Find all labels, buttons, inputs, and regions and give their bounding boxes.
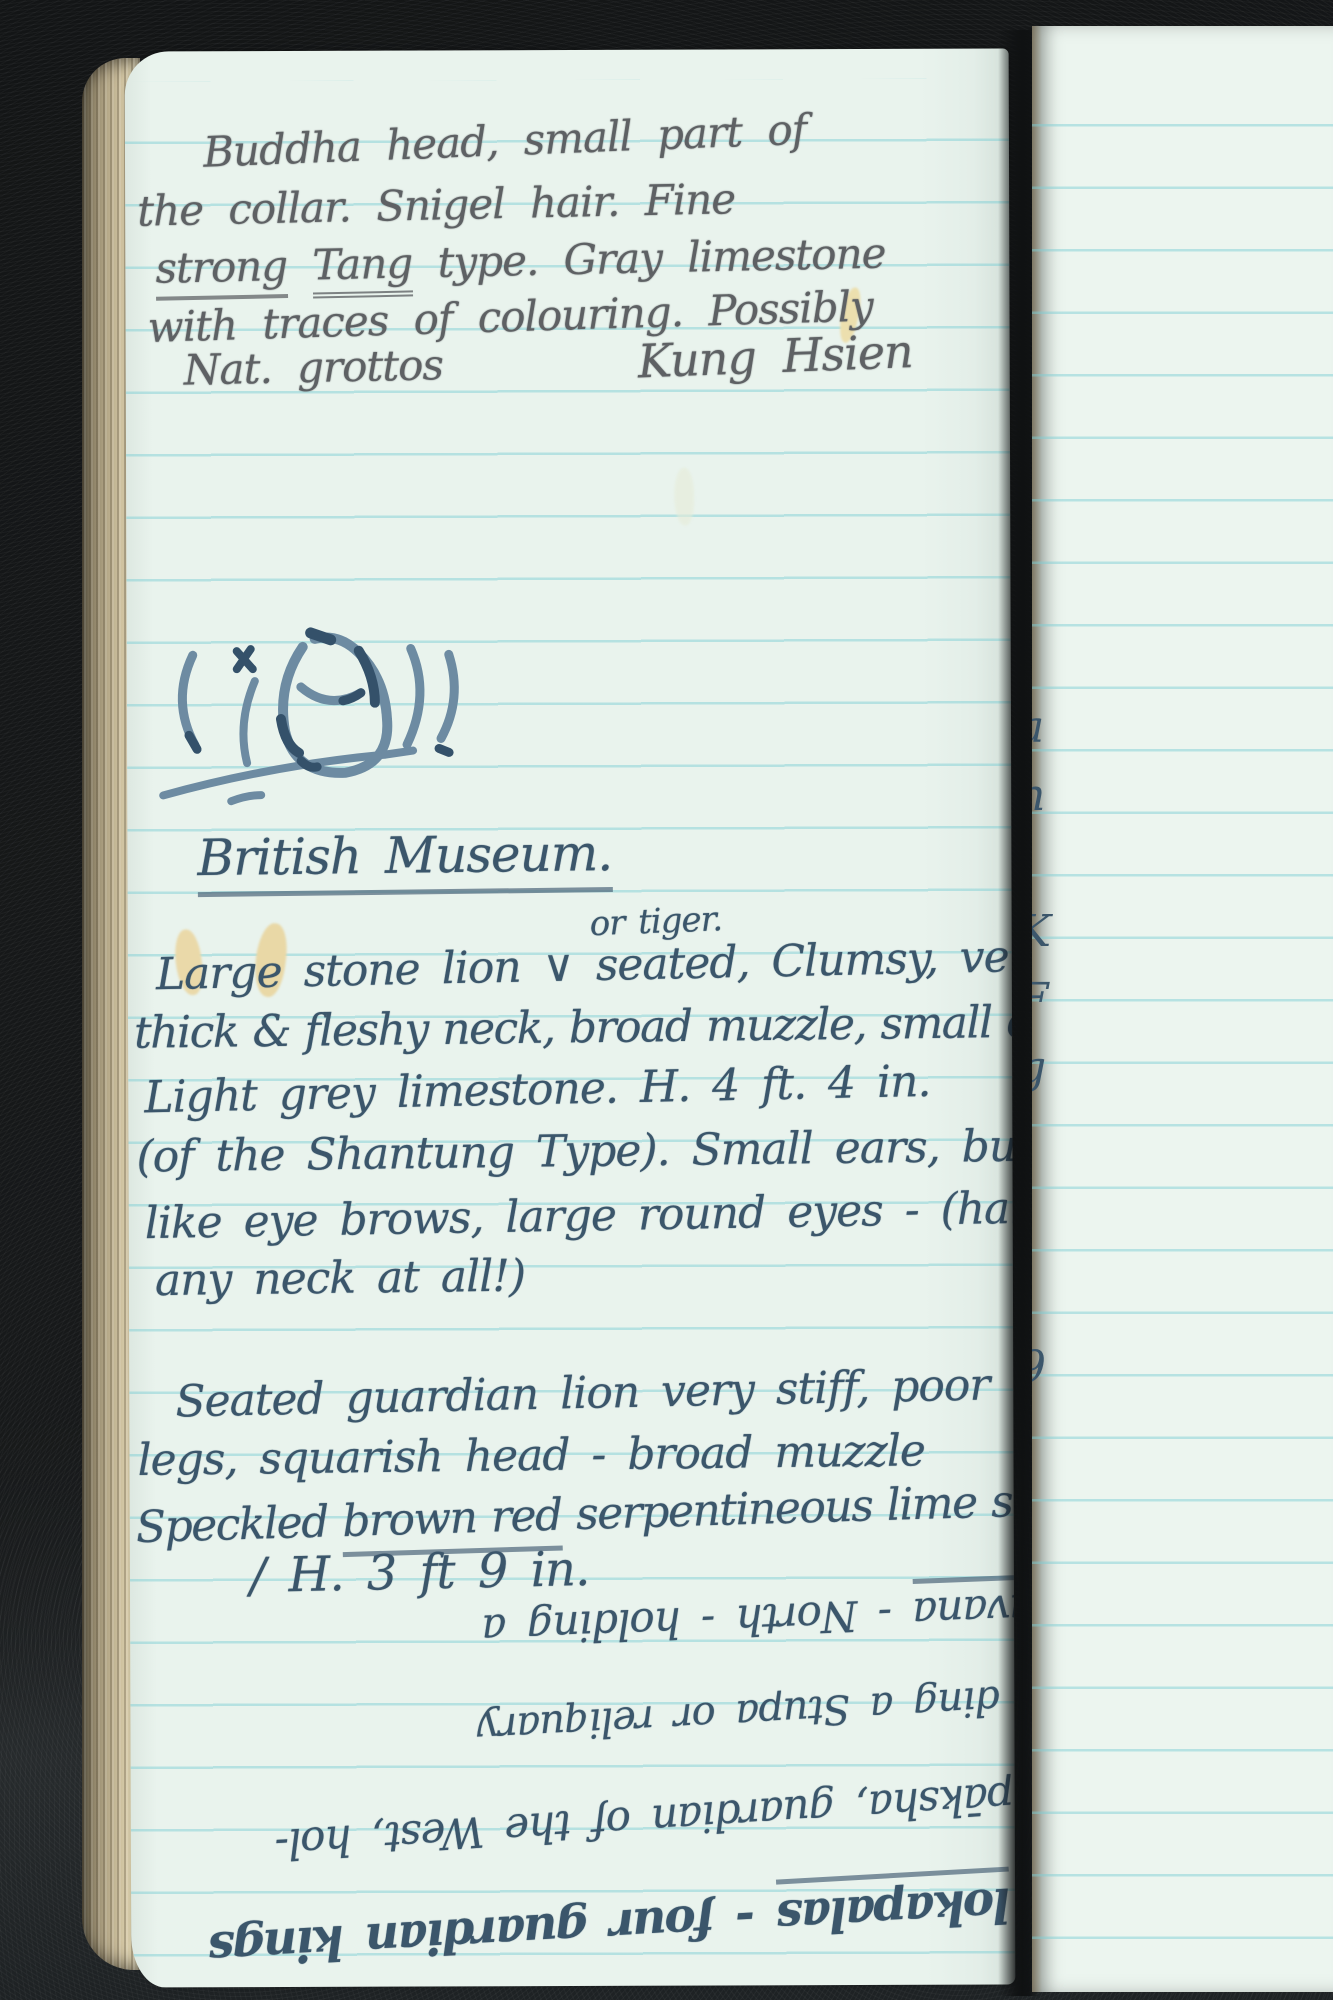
ink-line: thick & fleshy neck, broad muzzle, small… [134,996,1016,1059]
pencil-line-rest: type. Gray limestone [437,229,886,287]
ruled-lines [1032,64,1333,1992]
pencil-line: the collar. Snigel hair. Fine [137,174,736,236]
ink-line: like eye brows, large round eyes - (hard… [144,1182,1015,1250]
cutoff-writing: g [1032,1042,1046,1093]
words: - four guardian kings [209,1891,757,1976]
ink-line: legs, squarish head - broad muzzle [137,1425,925,1486]
section-heading: British Museum. [197,824,612,887]
pencil-line: strong Tang type. Gray limestone [155,229,886,293]
height-note: / H. 3 ft 9 in. [249,1541,589,1604]
pencil-line: Buddha head, small part of [202,105,807,177]
ink-line: any neck at all!) [155,1251,526,1307]
underlined-heading: British Museum. [197,824,612,897]
pencil-line: Kung Hsien [637,324,914,389]
upside-down-note: The lokapalas - four guardian kings Virū… [246,1596,1015,1951]
cutoff-writing: F [1032,974,1049,1025]
inverted-line: ding a Stupa or reliquary [246,1677,1001,1765]
underlined-word: strong [155,241,288,301]
cutoff-writing: 9 [1032,1342,1046,1393]
notebook-page: Buddha head, small part of the collar. S… [125,48,1016,1987]
ink-line: Seated guardian lion very stiff, poor [175,1359,990,1427]
buddha-head-doodle [153,622,484,818]
underlined-word: lokapalas [776,1867,1012,1945]
pencil-line: Nat. grottos [183,340,443,394]
cutoff-writing: K [1032,906,1051,957]
inverted-line: The lokapalas - four guardian kings [246,1870,1015,1974]
ink-line: Light grey limestone. H. 4 ft. 4 in. [144,1056,931,1123]
inverted-line: Virūpāksha, guardian of the West, hol- [246,1767,1015,1871]
ink-line: (of the Shantung Type). Small ears, bulb [136,1120,1015,1182]
underlined-word: Tang [312,238,413,298]
cutoff-writing: a [1032,702,1044,753]
cutoff-writing: h [1032,770,1046,821]
notebook-photo: Buddha head, small part of the collar. S… [0,0,1333,2000]
words: serpentineous lime stone [575,1473,1015,1540]
paper-stain [674,468,694,526]
adjacent-page: a h l K F g 9 [1032,26,1333,1992]
words: - North - holding a [482,1590,893,1655]
word: Speckled [135,1497,328,1554]
